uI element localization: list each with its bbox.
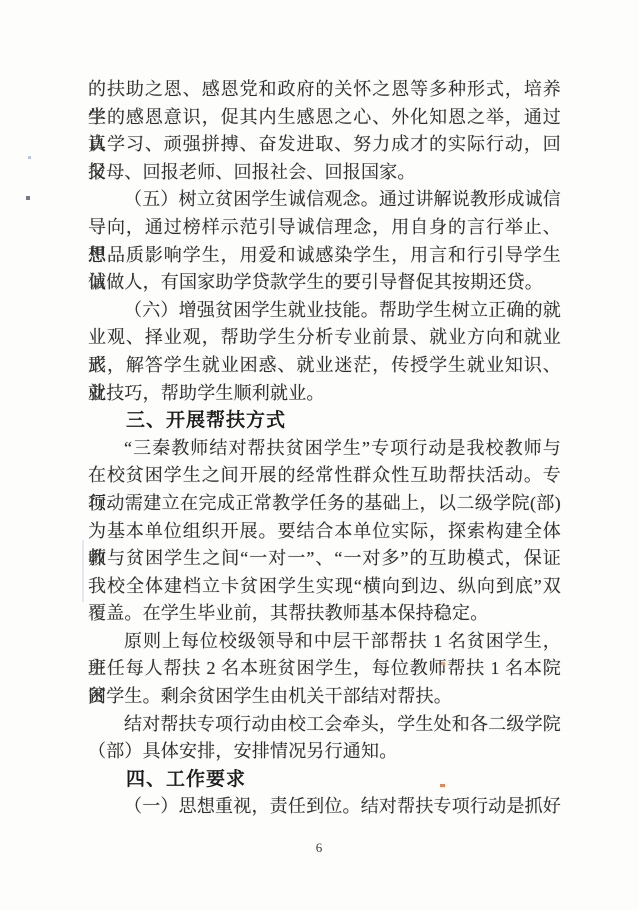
text-line: （六）增强贫困学生就业技能。帮助学生树立正确的就 <box>88 297 561 325</box>
text-line: 业观、择业观，帮助学生分析专业前景、就业方向和就业形 <box>88 324 561 352</box>
text-line: 原则上每位校级领导和中层干部帮扶 1 名贫困学生，班 <box>88 628 561 656</box>
text-line: 业技巧，帮助学生顺利就业。 <box>88 380 561 408</box>
section-heading: 四、工作要求 <box>88 766 561 794</box>
text-line: 为基本单位组织开展。要结合本单位实际，探索构建全体教 <box>88 518 561 546</box>
scan-artifact-speck <box>28 156 31 159</box>
text-line: （五）树立贫困学生诚信观念。通过讲解说教形成诚信 <box>88 186 561 214</box>
document-body: 的扶助之恩、感恩党和政府的关怀之恩等多种形式，培养学生的感恩意识，促其内生感恩之… <box>88 76 561 821</box>
scan-artifact-speck <box>440 784 445 787</box>
text-line: 生的感恩意识，促其内生感恩之心、外化知恩之举，通过认 <box>88 104 561 132</box>
scan-artifact-speck <box>441 662 445 665</box>
text-line: （部）具体安排，安排情况另行通知。 <box>88 738 561 766</box>
text-line: 师与贫困学生之间“一对一”、“一对多”的互助模式，保证 <box>88 545 561 573</box>
text-line: （一）思想重视，责任到位。结对帮扶专项行动是抓好 <box>88 793 561 821</box>
text-line: 想品质影响学生，用爱和诚感染学生，用言和行引导学生诚 <box>88 242 561 270</box>
text-line: 我校全体建档立卡贫困学生实现“横向到边、纵向到底”双 <box>88 573 561 601</box>
text-line: 在校贫困学生之间开展的经常性群众性互助帮扶活动。专项 <box>88 462 561 490</box>
page-number: 6 <box>0 840 638 856</box>
text-line: 导向，通过榜样示范引导诚信理念，用自身的言行举止、思 <box>88 214 561 242</box>
text-line: “三秦教师结对帮扶贫困学生”专项行动是我校教师与 <box>88 435 561 463</box>
text-line: 父母、回报老师、回报社会、回报国家。 <box>88 159 561 187</box>
text-line: 行动需建立在完成正常教学任务的基础上，以二级学院(部) <box>88 490 561 518</box>
text-line: 信做人，有国家助学贷款学生的要引导督促其按期还贷。 <box>88 269 561 297</box>
text-line: 主任每人帮扶 2 名本班贫困学生，每位教师帮扶 1 名本院贫 <box>88 655 561 683</box>
text-line: 困学生。剩余贫困学生由机关干部结对帮扶。 <box>88 683 561 711</box>
text-line: 覆盖。在学生毕业前，其帮扶教师基本保持稳定。 <box>88 600 561 628</box>
text-line: 结对帮扶专项行动由校工会牵头，学生处和各二级学院 <box>88 711 561 739</box>
text-line: 真学习、顽强拼搏、奋发进取、努力成才的实际行动，回报 <box>88 131 561 159</box>
section-heading: 三、开展帮扶方式 <box>88 407 561 435</box>
scan-artifact-fold-line <box>82 540 84 602</box>
scanned-document-page: 的扶助之恩、感恩党和政府的关怀之恩等多种形式，培养学生的感恩意识，促其内生感恩之… <box>0 0 638 910</box>
text-line: 的扶助之恩、感恩党和政府的关怀之恩等多种形式，培养学 <box>88 76 561 104</box>
text-line: 式，解答学生就业困惑、就业迷茫，传授学生就业知识、就 <box>88 352 561 380</box>
scan-artifact-speck <box>26 196 30 200</box>
